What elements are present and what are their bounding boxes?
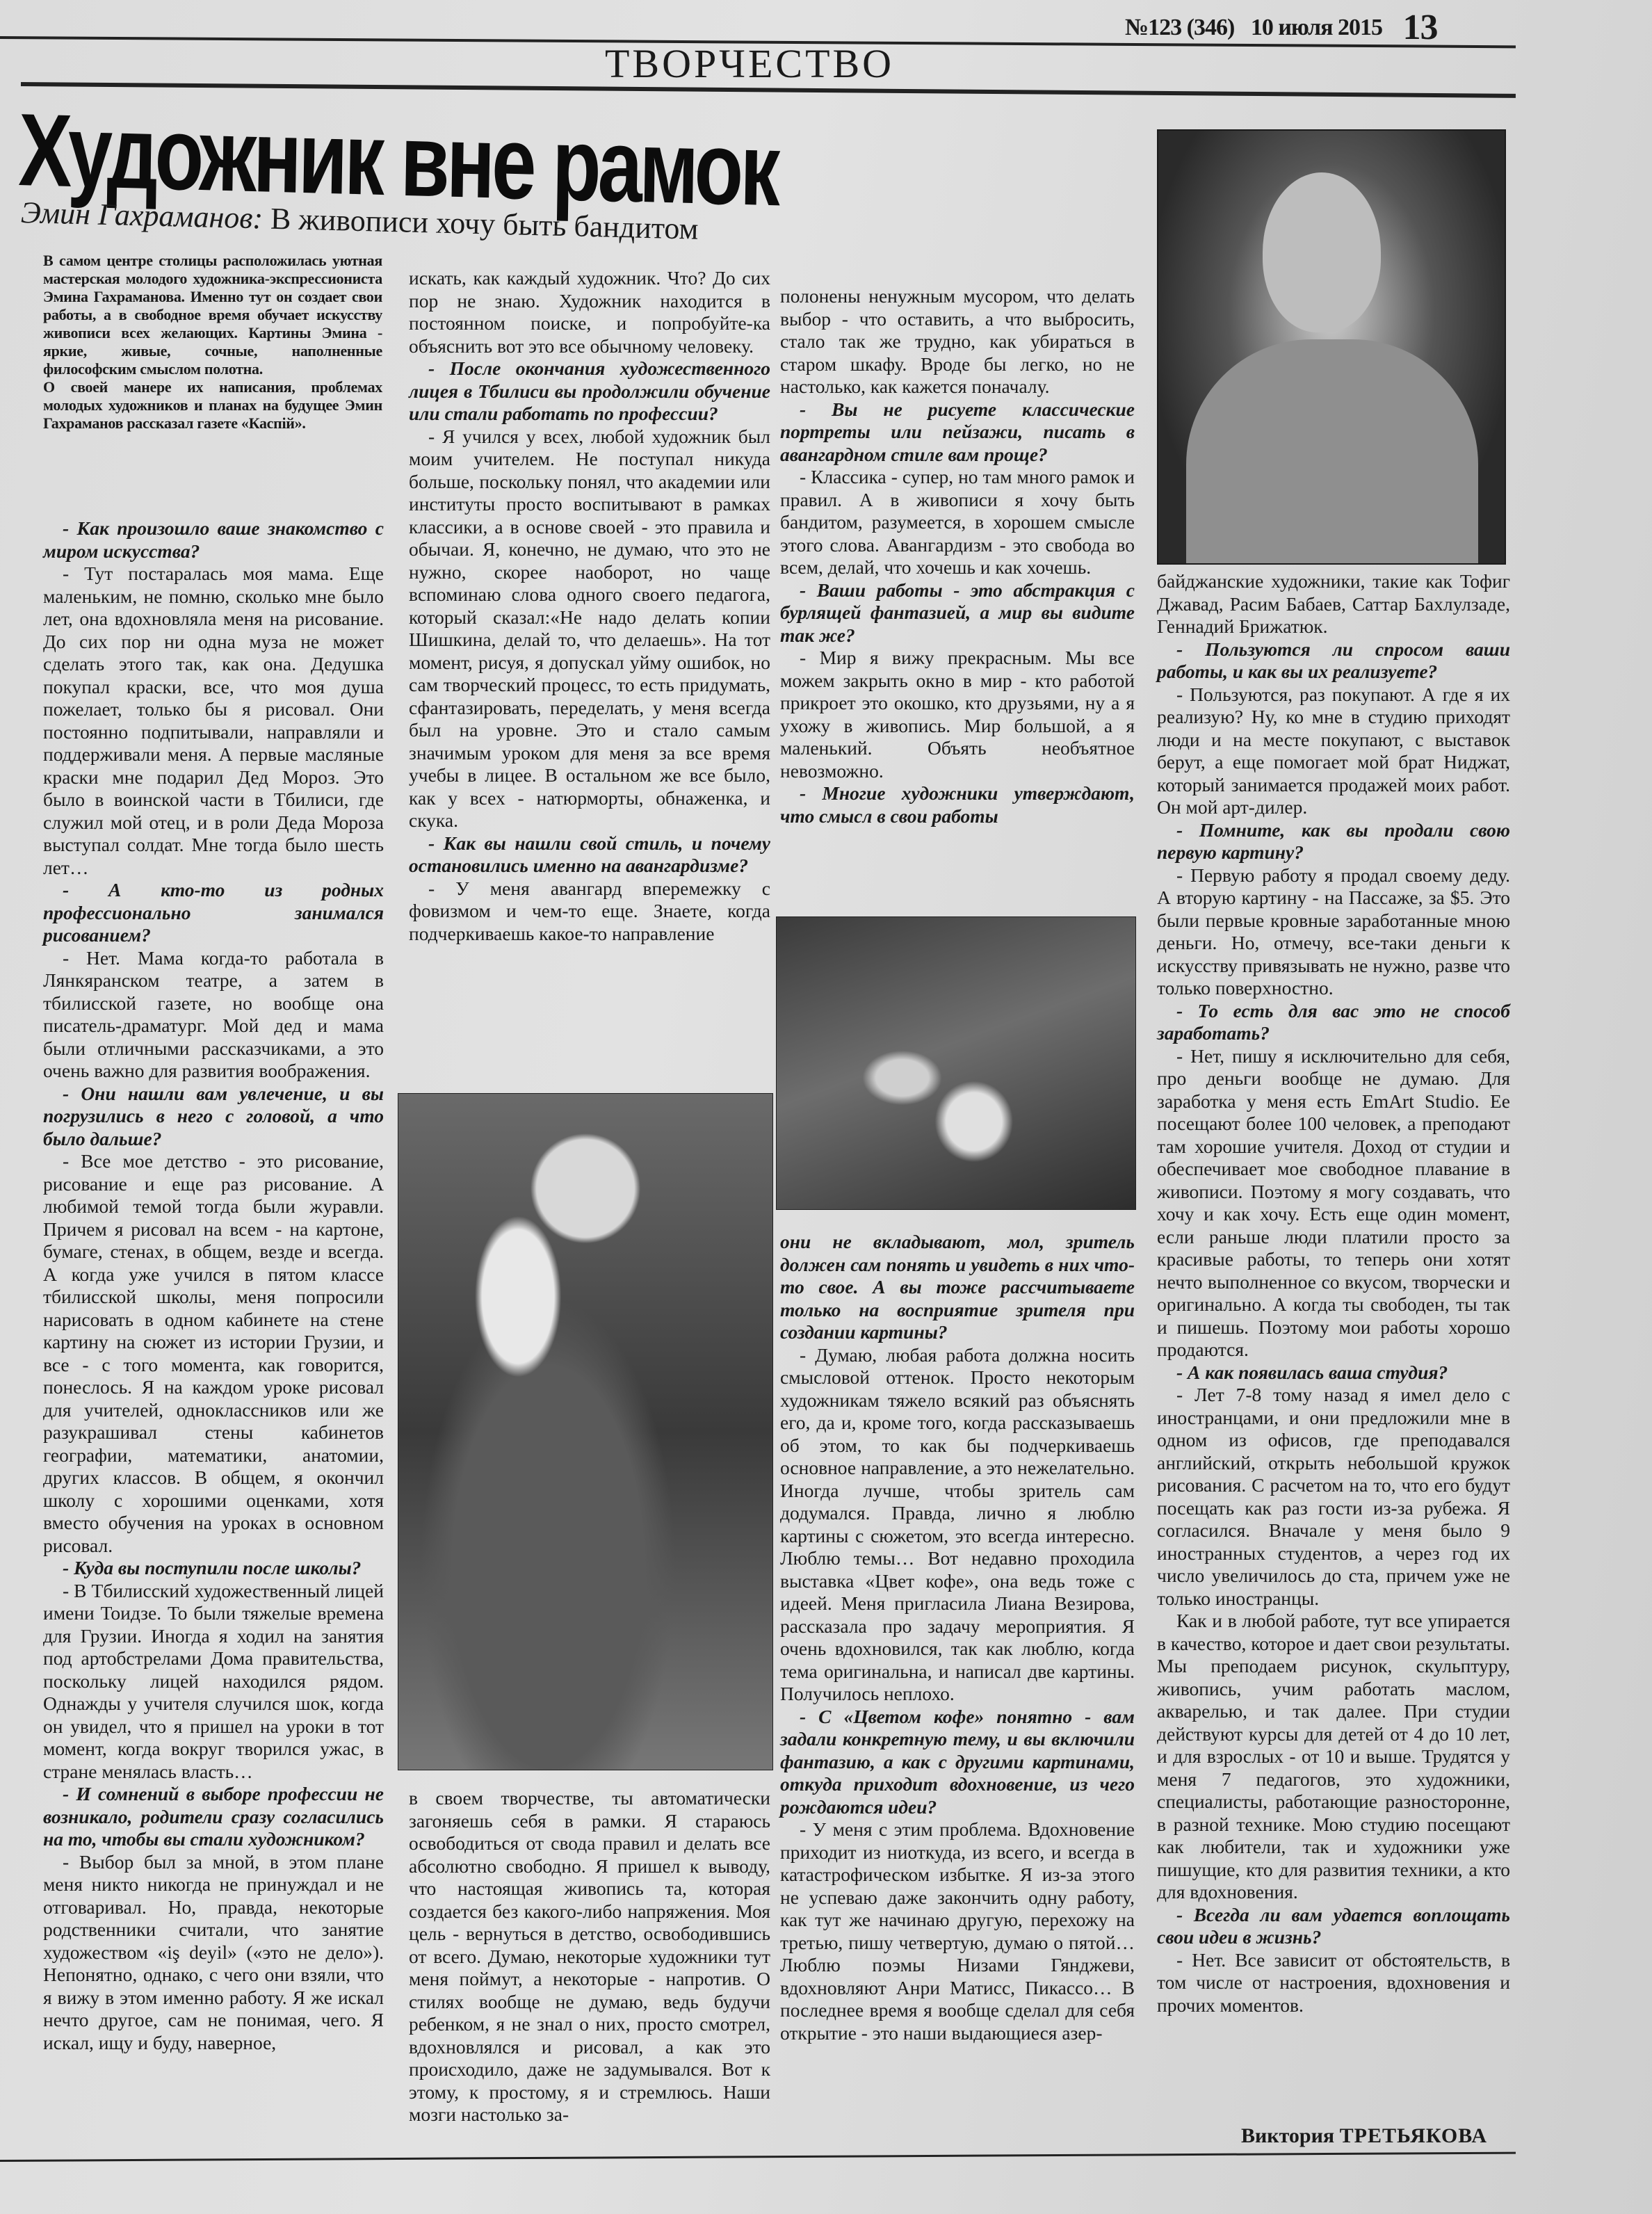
question: - Куда вы поступили после школы? — [43, 1557, 384, 1580]
question: - Как произошло ваше знакомство с миром … — [43, 517, 384, 563]
answer-continued: полонены ненужным мусором, что делать вы… — [780, 285, 1135, 398]
column-3-bottom: они не вкладывают, мол, зритель должен с… — [780, 1231, 1135, 2044]
answer: - Думаю, любая работа должна носить смыс… — [780, 1344, 1135, 1706]
newspaper-page: №123 (346) 10 июля 2015 13 ТВОРЧЕСТВО Ху… — [0, 0, 1652, 2214]
portrait-face — [1263, 172, 1381, 332]
article-intro: В самом центре столицы расположилась уют… — [43, 252, 382, 433]
intro-paragraph: О своей манере их написания, проблемах м… — [43, 378, 382, 433]
issue-number: №123 (346) — [1125, 15, 1234, 40]
page-number: 13 — [1403, 8, 1438, 47]
answer: - Нет, пишу я исключительно для себя, пр… — [1157, 1045, 1510, 1361]
question: - Помните, как вы продали свою первую ка… — [1157, 819, 1510, 864]
answer: Как и в любой работе, тут все упирается … — [1157, 1610, 1510, 1904]
answer: - Классика - супер, но там много рамок и… — [780, 466, 1135, 579]
answer: - Лет 7-8 тому назад я имел дело с иност… — [1157, 1384, 1510, 1610]
question-continued: они не вкладывают, мол, зритель должен с… — [780, 1231, 1135, 1344]
question: - Как вы нашли свой стиль, и почему оста… — [409, 832, 770, 878]
answer: - Все мое детство - это рисование, рисов… — [43, 1150, 384, 1557]
issue-date: 10 июля 2015 — [1251, 15, 1382, 40]
author-first-name: Виктория — [1241, 2124, 1334, 2147]
answer: - Первую работу я продал своему деду. А … — [1157, 864, 1510, 1000]
answer: - У меня авангард вперемежку с фовизмом … — [409, 878, 770, 946]
question: - А как появилась ваша студия? — [1157, 1361, 1510, 1384]
answer-continued: искать, как каждый художник. Что? До сих… — [409, 267, 770, 357]
column-3-top: полонены ненужным мусором, что делать вы… — [780, 285, 1135, 827]
answer-continued: в своем творчестве, ты автоматически заг… — [409, 1787, 770, 2126]
question: - Ваши работы - это абстракция с бурляще… — [780, 579, 1135, 647]
answer: - Нет. Все зависит от обстоятельств, в т… — [1157, 1949, 1510, 2017]
author-last-name: ТРЕТЬЯКОВА — [1340, 2124, 1487, 2147]
answer: - Тут постаралась моя мама. Еще маленьки… — [43, 563, 384, 879]
portrait-body — [1186, 339, 1478, 563]
subhead-name: Эмин Гахраманов: — [20, 195, 263, 235]
answer: - В Тбилисский художественный лицей имен… — [43, 1580, 384, 1784]
answer: - Мир я вижу прекрасным. Мы все можем за… — [780, 647, 1135, 782]
answer: - Пользуются, раз покупают. А где я их р… — [1157, 684, 1510, 819]
column-1: - Как произошло ваше знакомство с миром … — [43, 517, 384, 2054]
question: - Они нашли вам увлечение, и вы погрузил… — [43, 1083, 384, 1151]
painting-image-left — [398, 1093, 773, 1770]
answer: - Выбор был за мной, в этом плане меня н… — [43, 1851, 384, 2055]
answer: - Я учился у всех, любой художник был мо… — [409, 426, 770, 832]
answer: - Нет. Мама когда-то работала в Лянкяран… — [43, 947, 384, 1083]
column-2-top: искать, как каждый художник. Что? До сих… — [409, 267, 770, 945]
question: - То есть для вас это не способ заработа… — [1157, 1000, 1510, 1045]
artist-portrait-photo — [1157, 129, 1506, 565]
answer-continued: байджанские художники, такие как Тофиг Д… — [1157, 570, 1510, 638]
question: - И сомнений в выборе профессии не возни… — [43, 1783, 384, 1851]
question: - Вы не рисуете классические портреты ил… — [780, 398, 1135, 467]
question: - А кто-то из родных профессионально зан… — [43, 879, 384, 947]
question: - Пользуются ли спросом ваши работы, и к… — [1157, 638, 1510, 684]
question: - Многие художники утверждают, что смысл… — [780, 782, 1135, 827]
column-4: байджанские художники, такие как Тофиг Д… — [1157, 570, 1510, 2017]
section-title: ТВОРЧЕСТВО — [605, 40, 894, 87]
bottom-rule-divider — [0, 2152, 1516, 2162]
column-2-bottom: в своем творчестве, ты автоматически заг… — [409, 1787, 770, 2126]
question: - Всегда ли вам удается воплощать свои и… — [1157, 1904, 1510, 1949]
answer: - У меня с этим проблема. Вдохновение пр… — [780, 1818, 1135, 2044]
intro-paragraph: В самом центре столицы расположилась уют… — [43, 252, 382, 378]
author-byline: Виктория ТРЕТЬЯКОВА — [1241, 2124, 1487, 2148]
painting-image-cranes — [776, 916, 1136, 1210]
question: - С «Цветом кофе» понятно - вам задали к… — [780, 1706, 1135, 1819]
question: - После окончания художественного лицея … — [409, 357, 770, 426]
masthead: №123 (346) 10 июля 2015 13 — [1125, 7, 1438, 48]
